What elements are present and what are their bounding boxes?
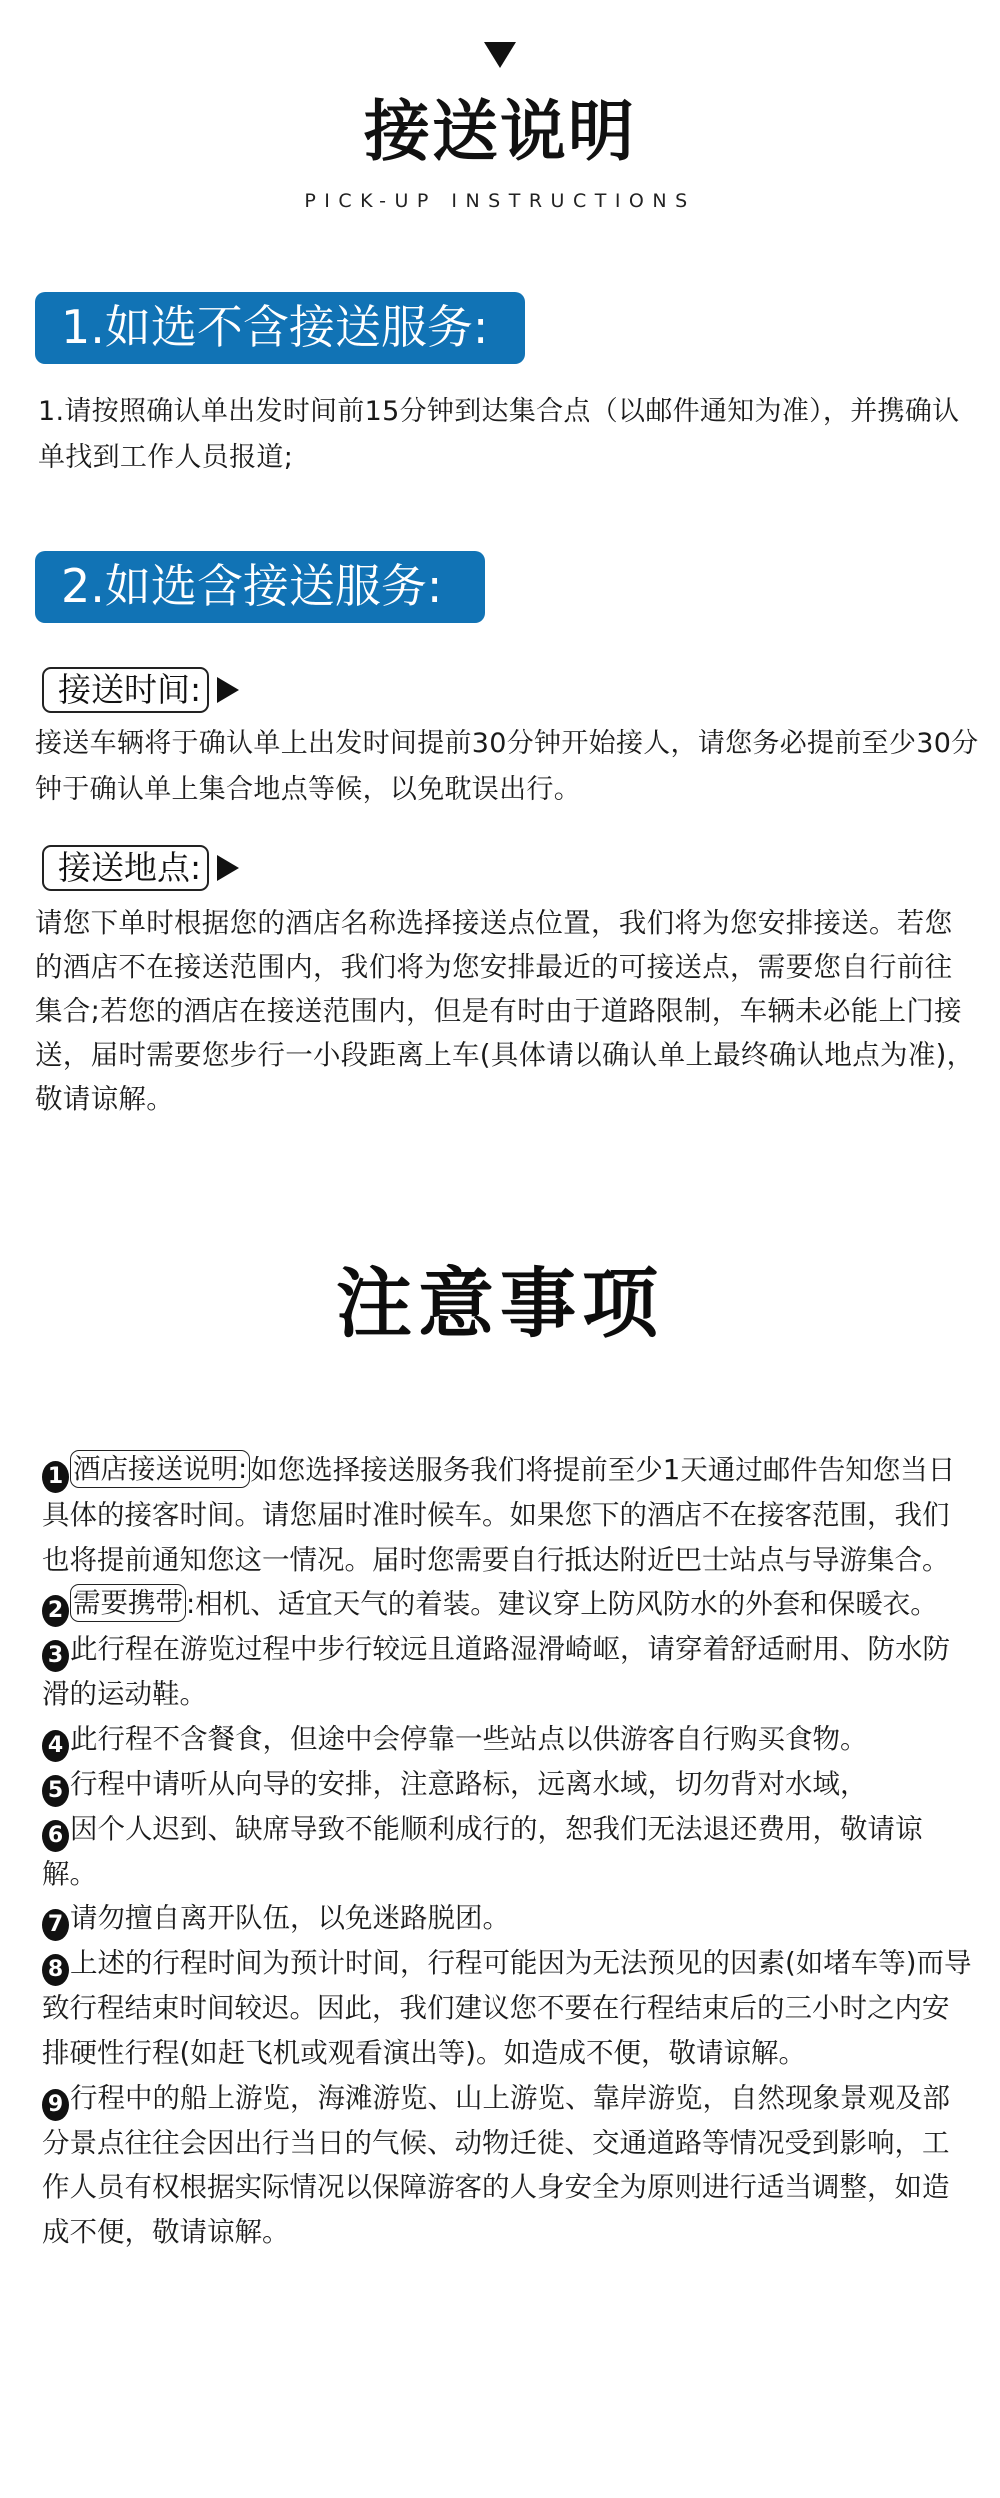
number-badge-icon: 4 bbox=[42, 1730, 69, 1762]
number-badge-icon: 5 bbox=[42, 1775, 69, 1807]
number-badge-icon: 9 bbox=[42, 2089, 69, 2121]
number-badge-icon: 6 bbox=[42, 1820, 69, 1852]
notice-item-3: 3此行程在游览过程中步行较远且道路湿滑崎岖，请穿着舒适耐用、防水防滑的运动鞋。 bbox=[42, 1627, 972, 1717]
notices-title: 注意事项 bbox=[0, 1258, 1000, 1350]
notice-item-9: 9行程中的船上游览，海滩游览、山上游览、靠岸游览，自然现象景观及部分景点往往会因… bbox=[42, 2076, 972, 2255]
pickup-location-text: 请您下单时根据您的酒店名称选择接送点位置，我们将为您安排接送。若您的酒店不在接送… bbox=[35, 901, 980, 1121]
number-badge-icon: 3 bbox=[42, 1640, 69, 1672]
notice-item-4: 4此行程不含餐食，但途中会停靠一些站点以供游客自行购买食物。 bbox=[42, 1717, 972, 1762]
page-title: 接送说明 bbox=[0, 92, 1000, 172]
notice-text: 此行程不含餐食，但途中会停靠一些站点以供游客自行购买食物。 bbox=[70, 1723, 868, 1755]
down-triangle-icon bbox=[484, 42, 516, 68]
number-badge-icon: 2 bbox=[42, 1595, 69, 1627]
pickup-time-text: 接送车辆将于确认单上出发时间提前30分钟开始接人，请您务必提前至少30分钟于确认… bbox=[35, 721, 980, 813]
right-triangle-icon bbox=[217, 677, 239, 703]
notice-text: 因个人迟到、缺席导致不能顺利成行的，恕我们无法退还费用，敬请谅解。 bbox=[42, 1813, 923, 1890]
right-triangle-icon bbox=[217, 855, 239, 881]
section-banner-no-pickup: 1.如选不含接送服务: bbox=[35, 292, 525, 364]
notices-list: 1酒店接送说明:如您选择接送服务我们将提前至少1天通过邮件告知您当日具体的接客时… bbox=[42, 1448, 972, 2254]
notice-item-1: 1酒店接送说明:如您选择接送服务我们将提前至少1天通过邮件告知您当日具体的接客时… bbox=[42, 1448, 972, 1582]
notice-text: 请勿擅自离开队伍，以免迷路脱团。 bbox=[70, 1902, 510, 1934]
notice-tag: 需要携带 bbox=[70, 1584, 186, 1622]
notice-item-5: 5行程中请听从向导的安排，注意路标，远离水域，切勿背对水域， bbox=[42, 1762, 972, 1807]
pickup-time-heading: 接送时间: bbox=[42, 667, 239, 713]
pickup-location-heading: 接送地点: bbox=[42, 845, 239, 891]
notice-text: 行程中的船上游览，海滩游览、山上游览、靠岸游览，自然现象景观及部分景点往往会因出… bbox=[42, 2082, 950, 2248]
notice-item-6: 6因个人迟到、缺席导致不能顺利成行的，恕我们无法退还费用，敬请谅解。 bbox=[42, 1807, 972, 1897]
notice-text: 行程中请听从向导的安排，注意路标，远离水域，切勿背对水域， bbox=[70, 1768, 868, 1800]
notice-text: 上述的行程时间为预计时间，行程可能因为无法预见的因素(如堵车等)而导致行程结束时… bbox=[42, 1947, 971, 2069]
notice-item-8: 8上述的行程时间为预计时间，行程可能因为无法预见的因素(如堵车等)而导致行程结束… bbox=[42, 1941, 972, 2075]
number-badge-icon: 1 bbox=[42, 1461, 69, 1493]
number-badge-icon: 8 bbox=[42, 1954, 69, 1986]
notice-tag: 酒店接送说明: bbox=[70, 1450, 250, 1488]
section-banner-with-pickup: 2.如选含接送服务: bbox=[35, 551, 485, 623]
number-badge-icon: 7 bbox=[42, 1909, 69, 1941]
notice-item-7: 7请勿擅自离开队伍，以免迷路脱团。 bbox=[42, 1896, 972, 1941]
notice-item-2: 2需要携带:相机、适宜天气的着装。建议穿上防风防水的外套和保暖衣。 bbox=[42, 1582, 972, 1627]
no-pickup-instructions: 1.请按照确认单出发时间前15分钟到达集合点（以邮件通知为准），并携确认单找到工… bbox=[38, 389, 973, 481]
pickup-location-label: 接送地点: bbox=[42, 845, 209, 891]
pickup-time-label: 接送时间: bbox=[42, 667, 209, 713]
notice-text: :相机、适宜天气的着装。建议穿上防风防水的外套和保暖衣。 bbox=[186, 1588, 938, 1620]
notice-text: 此行程在游览过程中步行较远且道路湿滑崎岖，请穿着舒适耐用、防水防滑的运动鞋。 bbox=[42, 1633, 950, 1710]
page-subtitle: PICK-UP INSTRUCTIONS bbox=[0, 189, 1000, 213]
